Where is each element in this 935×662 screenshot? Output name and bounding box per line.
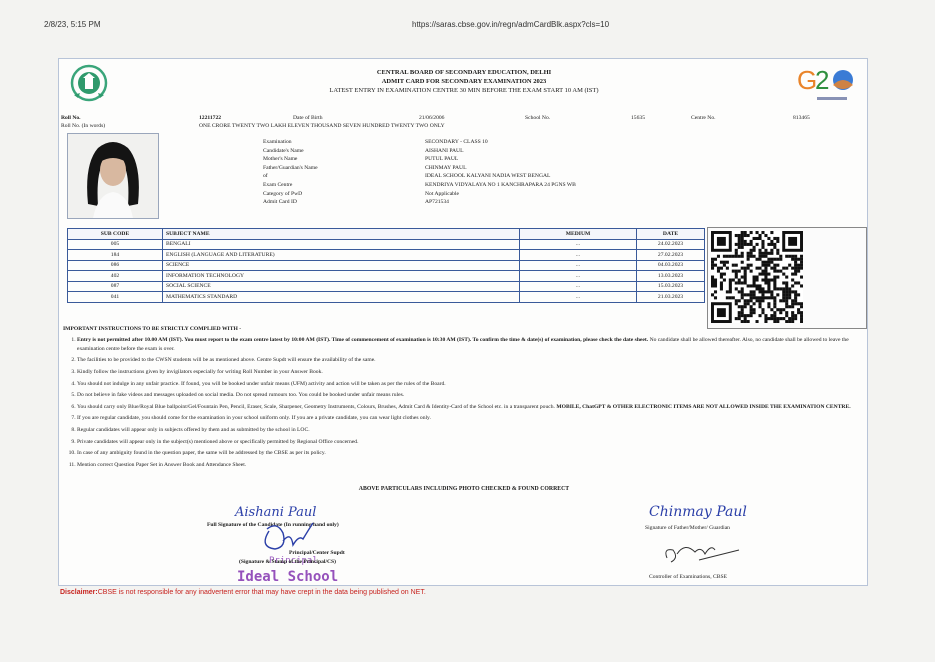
subjects-table: SUB CODE SUBJECT NAME MEDIUM DATE 005 BE… [67,228,705,303]
instruction-item: Private candidates will appear only in t… [77,438,863,446]
qr-code-box [707,227,867,329]
instruction-item: Do not believe in fake videos and messag… [77,391,863,399]
exam-date: 13.03.2023 [637,271,705,282]
col-medium: MEDIUM [520,229,637,240]
detail-value-pwd: Not Applicable [425,190,459,199]
sub-code: 005 [68,239,163,250]
instruction-item: You should not indulge in any unfair pra… [77,380,863,388]
detail-label-mother-name: Mother's Name [263,155,413,164]
print-timestamp: 2/8/23, 5:15 PM [44,20,100,29]
subject-name: ENGLISH (LANGUAGE AND LITERATURE) [163,250,520,261]
exam-date: 15.03.2023 [637,281,705,292]
disclaimer: Disclaimer:CBSE is not responsible for a… [60,589,426,596]
instruction-item: If you are regular candidate, you should… [77,414,863,422]
sub-code: 184 [68,250,163,261]
exam-date: 24.02.2023 [637,239,705,250]
card-title: ADMIT CARD FOR SECONDARY EXAMINATION 202… [59,77,869,86]
detail-value-examination: SECONDARY - CLASS 10 [425,138,488,147]
detail-value-admit-card-id: AP721534 [425,198,449,207]
subject-name: SCIENCE [163,260,520,271]
instruction-item: The facilities to be provided to the CWS… [77,356,863,364]
instruction-item: Kindly follow the instructions given by … [77,368,863,376]
detail-label-admit-card-id: Admit Card ID [263,198,413,207]
table-header-row: SUB CODE SUBJECT NAME MEDIUM DATE [68,229,705,240]
col-date: DATE [637,229,705,240]
disclaimer-text: CBSE is not responsible for any inadvert… [98,589,426,596]
table-row: 402 INFORMATION TECHNOLOGY ... 13.03.202… [68,271,705,282]
admit-card: G 2 CENTRAL BOARD OF SECONDARY EDUCATION… [58,58,868,586]
centre-no-label: Centre No. [691,114,716,122]
school-stamp: Ideal School [237,569,338,585]
dob-label: Date of Birth [293,114,323,122]
sub-code: 041 [68,292,163,303]
detail-label-exam-centre: Exam Centre [263,181,413,190]
father-signature: Chinmay Paul [649,504,747,520]
medium: ... [520,292,637,303]
coe-signature-scrawl [661,536,741,573]
browser-print-header: 2/8/23, 5:15 PM https://saras.cbse.gov.i… [0,20,935,34]
medium: ... [520,260,637,271]
entry-note: LATEST ENTRY IN EXAMINATION CENTRE 30 MI… [59,86,869,95]
detail-label-of: of [263,172,413,181]
detail-label-father-name: Father/Guardian's Name [263,164,413,173]
roll-label: Roll No. [61,114,81,122]
admit-card-header: CENTRAL BOARD OF SECONDARY EDUCATION, DE… [59,68,869,95]
medium: ... [520,250,637,261]
subject-name: SOCIAL SCIENCE [163,281,520,292]
col-subject-name: SUBJECT NAME [163,229,520,240]
dob-value: 21/06/2006 [419,114,444,122]
detail-value-exam-centre: KENDRIYA VIDYALAYA NO 1 KANCHRAPARA 24 P… [425,181,576,190]
subject-name: INFORMATION TECHNOLOGY [163,271,520,282]
detail-value-candidate-name: AISHANI PAUL [425,147,464,156]
subject-name: MATHEMATICS STANDARD [163,292,520,303]
detail-label-candidate-name: Candidate's Name [263,147,413,156]
table-row: 087 SOCIAL SCIENCE ... 15.03.2023 [68,281,705,292]
instruction-item: Mention correct Question Paper Set in An… [77,461,863,469]
subject-name: BENGALI [163,239,520,250]
qr-code-icon [711,231,803,323]
table-row: 086 SCIENCE ... 04.03.2023 [68,260,705,271]
col-sub-code: SUB CODE [68,229,163,240]
table-row: 005 BENGALI ... 24.02.2023 [68,239,705,250]
sub-code: 086 [68,260,163,271]
roll-value: 12211722 [199,114,221,122]
school-no-label: School No. [525,114,550,122]
instruction-item: In case of any ambiguity found in the qu… [77,449,863,457]
detail-value-father-name: CHINMAY PAUL [425,164,467,173]
school-no-value: 15635 [631,114,645,122]
table-row: 184 ENGLISH (LANGUAGE AND LITERATURE) ..… [68,250,705,261]
exam-date: 21.03.2023 [637,292,705,303]
roll-words-label: Roll No. (In words) [61,122,105,130]
coe-label: Controller of Examinations, CBSE [649,574,727,580]
sub-code: 087 [68,281,163,292]
exam-date: 27.02.2023 [637,250,705,261]
detail-value-mother-name: PUTUL PAUL [425,155,458,164]
principal-sublabel: (Signature & Stamp of the Principal/CS) [239,559,336,565]
father-signature-label: Signature of Father/Mother/ Guardian [645,525,730,531]
page-url: https://saras.cbse.gov.in/regn/admCardBl… [412,20,609,29]
medium: ... [520,281,637,292]
detail-value-school: IDEAL SCHOOL KALYANI NADIA WEST BENGAL [425,172,550,181]
instructions-section: IMPORTANT INSTRUCTIONS TO BE STRICTLY CO… [63,325,863,472]
centre-no-value: 813465 [793,114,810,122]
sub-code: 402 [68,271,163,282]
instructions-list: Entry is not permitted after 10.00 AM (I… [63,336,863,469]
instruction-item: You should carry only Blue/Royal Blue ba… [77,403,863,411]
particulars-checked-note: ABOVE PARTICULARS INCLUDING PHOTO CHECKE… [59,486,869,492]
candidate-photo [67,133,159,219]
medium: ... [520,239,637,250]
medium: ... [520,271,637,282]
roll-words-value: ONE CRORE TWENTY TWO LAKH ELEVEN THOUSAN… [199,122,445,130]
board-name: CENTRAL BOARD OF SECONDARY EDUCATION, DE… [59,68,869,77]
instructions-title: IMPORTANT INSTRUCTIONS TO BE STRICTLY CO… [63,325,863,333]
table-row: 041 MATHEMATICS STANDARD ... 21.03.2023 [68,292,705,303]
exam-date: 04.03.2023 [637,260,705,271]
disclaimer-prefix: Disclaimer: [60,589,98,596]
detail-label-examination: Examination [263,138,413,147]
instruction-item: Entry is not permitted after 10.00 AM (I… [77,336,863,353]
instruction-item: Regular candidates will appear only in s… [77,426,863,434]
detail-label-pwd: Category of PwD [263,190,413,199]
